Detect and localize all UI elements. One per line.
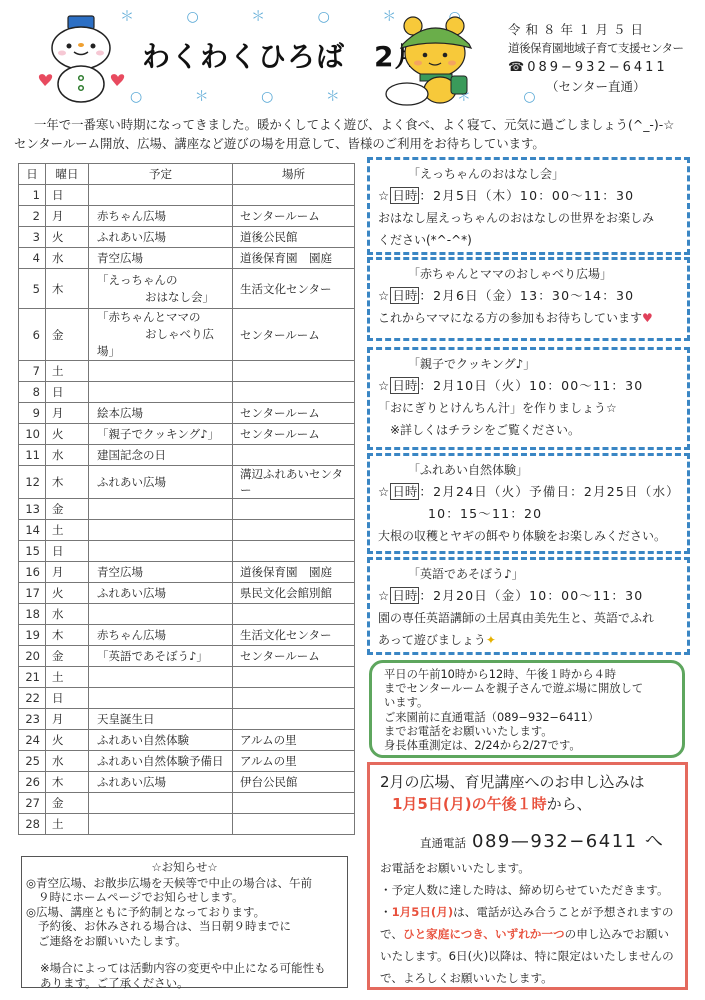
event-datetime: ：2月5日（木）10：00〜11：30 bbox=[419, 188, 634, 203]
weekday-cell: 火 bbox=[46, 583, 89, 604]
table-row: 21土 bbox=[19, 667, 355, 688]
event-description: 大根の収穫とヤギの餌やり体験をお楽しみください。 bbox=[378, 525, 681, 547]
weekday-cell: 日 bbox=[46, 688, 89, 709]
intro-line-2: センタールーム開放、広場、講座など遊びの場を用意して、皆様のご利用をお待ちしてい… bbox=[14, 134, 704, 153]
weekday-cell: 金 bbox=[46, 646, 89, 667]
table-row: 15日 bbox=[19, 541, 355, 562]
event-cell bbox=[89, 604, 233, 625]
schedule-table: 日 曜日 予定 場所 1日 2月赤ちゃん広場センタールーム 3火ふれあい広場道後… bbox=[18, 163, 355, 835]
day-cell: 19 bbox=[19, 625, 46, 646]
room-open-info-box: 平日の午前10時から12時、午後１時から４時 までセンタールームを親子さんで遊ぶ… bbox=[369, 660, 685, 758]
table-row: 17火ふれあい広場県民文化会館別館 bbox=[19, 583, 355, 604]
page-title: わくわくひろば 2月 bbox=[142, 35, 423, 75]
weekday-cell: 土 bbox=[46, 814, 89, 835]
event-title: 「英語であそぼう♪」 bbox=[378, 563, 681, 585]
direct-phone-label: 直通電話 bbox=[420, 836, 466, 850]
weekday-cell: 土 bbox=[46, 361, 89, 382]
event-cell: 絵本広場 bbox=[89, 403, 233, 424]
event-title: 「ふれあい自然体験」 bbox=[378, 459, 681, 481]
phone-note: （センター直通） bbox=[508, 77, 698, 96]
place-cell: 生活文化センター bbox=[233, 625, 355, 646]
event-cell bbox=[89, 541, 233, 562]
table-row: 3火ふれあい広場道後公民館 bbox=[19, 227, 355, 248]
datetime-label: 日時 bbox=[390, 187, 419, 204]
event-datetime: ：2月20日（金）10：00〜11：30 bbox=[419, 588, 643, 603]
place-cell: センタールーム bbox=[233, 309, 355, 361]
event-cell: 赤ちゃん広場 bbox=[89, 206, 233, 227]
day-cell: 1 bbox=[19, 185, 46, 206]
place-cell: 生活文化センター bbox=[233, 269, 355, 309]
day-cell: 16 bbox=[19, 562, 46, 583]
event-datetime: ：2月6日（金）13：30〜14：30 bbox=[419, 288, 634, 303]
day-cell: 28 bbox=[19, 814, 46, 835]
weekday-cell: 土 bbox=[46, 520, 89, 541]
weekday-cell: 金 bbox=[46, 499, 89, 520]
table-row: 25水ふれあい自然体験予備日アルムの里 bbox=[19, 751, 355, 772]
weekday-cell: 木 bbox=[46, 466, 89, 499]
place-cell: 伊台公民館 bbox=[233, 772, 355, 793]
day-cell: 14 bbox=[19, 520, 46, 541]
place-cell: 道後保育園 園庭 bbox=[233, 248, 355, 269]
open-info-line: までセンタールームを親子さんで遊ぶ場に開放して bbox=[384, 682, 670, 696]
event-datetime: ：2月24日（火）予備日：2月25日（水） bbox=[419, 484, 679, 499]
event-title: 「えっちゃんのおはなし会」 bbox=[378, 163, 681, 185]
event-description: 園の専任英語講師の土居真由美先生と、英語でふれ bbox=[378, 607, 681, 629]
place-cell: 県民文化会館別館 bbox=[233, 583, 355, 604]
sparkle-icon: ✦ bbox=[486, 633, 496, 647]
day-cell: 24 bbox=[19, 730, 46, 751]
open-info-line: 平日の午前10時から12時、午後１時から４時 bbox=[384, 668, 670, 682]
event-box-oshaberi: 「赤ちゃんとママのおしゃべり広場」 ☆日時：2月6日（金）13：30〜14：30… bbox=[367, 257, 690, 341]
weekday-cell: 金 bbox=[46, 793, 89, 814]
event-title: 「親子でクッキング♪」 bbox=[378, 353, 681, 375]
application-line: で、よろしくお願いいたします。 bbox=[380, 967, 675, 989]
weekday-cell: 月 bbox=[46, 206, 89, 227]
table-row: 11水建国記念の日 bbox=[19, 445, 355, 466]
weekday-cell: 土 bbox=[46, 667, 89, 688]
day-cell: 13 bbox=[19, 499, 46, 520]
place-cell: アルムの里 bbox=[233, 751, 355, 772]
event-time-2: 10：15〜11：20 bbox=[378, 503, 681, 525]
event-cell bbox=[89, 499, 233, 520]
place-cell bbox=[233, 793, 355, 814]
organization-name: 道後保育園地域子育て支援センター bbox=[508, 39, 698, 58]
event-datetime: ：2月10日（火）10：00〜11：30 bbox=[419, 378, 643, 393]
day-cell: 21 bbox=[19, 667, 46, 688]
table-row: 27金 bbox=[19, 793, 355, 814]
event-cell bbox=[89, 361, 233, 382]
place-cell bbox=[233, 688, 355, 709]
event-box-cooking: 「親子でクッキング♪」 ☆日時：2月10日（火）10：00〜11：30 「おにぎ… bbox=[367, 347, 690, 450]
event-cell: ふれあい自然体験予備日 bbox=[89, 751, 233, 772]
weekday-cell: 火 bbox=[46, 730, 89, 751]
star-icon: ☆ bbox=[378, 588, 390, 603]
day-cell: 3 bbox=[19, 227, 46, 248]
notice-title: ☆お知らせ☆ bbox=[26, 860, 343, 875]
table-row: 24火ふれあい自然体験アルムの里 bbox=[19, 730, 355, 751]
weekday-cell: 日 bbox=[46, 541, 89, 562]
table-header-row: 日 曜日 予定 場所 bbox=[19, 164, 355, 185]
star-icon: ☆ bbox=[378, 288, 390, 303]
place-cell: センタールーム bbox=[233, 206, 355, 227]
phone-number: ☎089−932−6411 bbox=[508, 58, 698, 77]
table-row: 18水 bbox=[19, 604, 355, 625]
place-cell bbox=[233, 814, 355, 835]
weekday-cell: 月 bbox=[46, 403, 89, 424]
place-cell bbox=[233, 499, 355, 520]
event-description: おはなし屋えっちゃんのおはなしの世界をお楽しみ bbox=[378, 207, 681, 229]
event-cell: ふれあい広場 bbox=[89, 583, 233, 604]
open-info-line: 身長体重測定は、2/24から2/27です。 bbox=[384, 739, 670, 753]
day-cell: 22 bbox=[19, 688, 46, 709]
place-cell bbox=[233, 604, 355, 625]
weekday-cell: 水 bbox=[46, 248, 89, 269]
event-cell: 「赤ちゃんとママのおしゃべり広場」 bbox=[89, 309, 233, 361]
event-cell: ふれあい広場 bbox=[89, 772, 233, 793]
event-cell: 天皇誕生日 bbox=[89, 709, 233, 730]
table-row: 28土 bbox=[19, 814, 355, 835]
day-cell: 17 bbox=[19, 583, 46, 604]
table-row: 8日 bbox=[19, 382, 355, 403]
snowman-icon bbox=[34, 10, 129, 105]
datetime-label: 日時 bbox=[390, 483, 419, 500]
application-line: ・予定人数に達した時は、締め切らせていただきます。 bbox=[380, 879, 675, 901]
one-per-family-note: ひと家庭につき、いずれか一つ bbox=[403, 927, 565, 941]
day-cell: 12 bbox=[19, 466, 46, 499]
day-cell: 8 bbox=[19, 382, 46, 403]
event-cell bbox=[89, 520, 233, 541]
application-heading: 2月の広場、育児講座へのお申し込みは bbox=[380, 771, 675, 793]
direct-phone-number: 089—932−6411 へ bbox=[472, 831, 664, 852]
notice-note: ※場合によっては活動内容の変更や中止になる可能性も bbox=[26, 961, 343, 976]
weekday-cell: 木 bbox=[46, 772, 89, 793]
day-cell: 27 bbox=[19, 793, 46, 814]
event-box-ohanashi: 「えっちゃんのおはなし会」 ☆日時：2月5日（木）10：00〜11：30 おはな… bbox=[367, 157, 690, 255]
table-row: 16月青空広場道後保育園 園庭 bbox=[19, 562, 355, 583]
day-cell: 6 bbox=[19, 309, 46, 361]
event-cell bbox=[89, 793, 233, 814]
event-cell: 「英語であそぼう♪」 bbox=[89, 646, 233, 667]
weekday-cell: 火 bbox=[46, 227, 89, 248]
notice-box: ☆お知らせ☆ ◎青空広場、お散歩広場を天候等で中止の場合は、午前 ９時にホームペ… bbox=[21, 856, 348, 988]
table-row: 13金 bbox=[19, 499, 355, 520]
table-row: 10火「親子でクッキング♪」センタールーム bbox=[19, 424, 355, 445]
event-title: 「赤ちゃんとママのおしゃべり広場」 bbox=[378, 263, 681, 285]
weekday-cell: 月 bbox=[46, 709, 89, 730]
event-cell: 「親子でクッキング♪」 bbox=[89, 424, 233, 445]
weekday-cell: 水 bbox=[46, 445, 89, 466]
place-cell bbox=[233, 709, 355, 730]
weekday-cell: 水 bbox=[46, 751, 89, 772]
intro-text: 一年で一番寒い時期になってきました。暖かくしてよく遊び、よく食べ、よく寝て、元気… bbox=[14, 115, 704, 153]
notice-item-1: ◎青空広場、お散歩広場を天候等で中止の場合は、午前 bbox=[26, 876, 343, 891]
open-info-line: までお電話をお願いいたします。 bbox=[384, 725, 670, 739]
event-description-cont: ください(*^-^*) bbox=[378, 229, 681, 251]
place-cell: アルムの里 bbox=[233, 730, 355, 751]
event-line-2: おはなし会」 bbox=[97, 290, 214, 304]
event-cell: ふれあい広場 bbox=[89, 466, 233, 499]
place-cell bbox=[233, 361, 355, 382]
notice-item-1-cont: ９時にホームページでお知らせします。 bbox=[26, 890, 343, 905]
notice-note-cont: あります。ご了承ください。 bbox=[26, 976, 343, 991]
table-row: 19木赤ちゃん広場生活文化センター bbox=[19, 625, 355, 646]
event-cell: 青空広場 bbox=[89, 248, 233, 269]
place-cell: センタールーム bbox=[233, 424, 355, 445]
table-row: 4水青空広場道後保育園 園庭 bbox=[19, 248, 355, 269]
table-row: 12木ふれあい広場溝辺ふれあいセンター bbox=[19, 466, 355, 499]
event-description: これからママになる方の参加もお待ちしています bbox=[378, 311, 642, 325]
table-row: 26木ふれあい広場伊台公民館 bbox=[19, 772, 355, 793]
day-cell: 4 bbox=[19, 248, 46, 269]
event-line-1: 「赤ちゃんとママの bbox=[97, 310, 201, 324]
day-cell: 11 bbox=[19, 445, 46, 466]
place-cell bbox=[233, 445, 355, 466]
day-cell: 26 bbox=[19, 772, 46, 793]
day-cell: 9 bbox=[19, 403, 46, 424]
header-place: 場所 bbox=[233, 164, 355, 185]
place-cell bbox=[233, 382, 355, 403]
event-cell: 建国記念の日 bbox=[89, 445, 233, 466]
place-cell bbox=[233, 667, 355, 688]
day-cell: 20 bbox=[19, 646, 46, 667]
day-cell: 5 bbox=[19, 269, 46, 309]
application-line: は、電話が込み合うことが予想されますの bbox=[453, 905, 673, 919]
datetime-label: 日時 bbox=[390, 587, 419, 604]
place-cell: センタールーム bbox=[233, 646, 355, 667]
place-cell: 道後保育園 園庭 bbox=[233, 562, 355, 583]
table-row: 5木「えっちゃんのおはなし会」生活文化センター bbox=[19, 269, 355, 309]
table-row: 23月天皇誕生日 bbox=[19, 709, 355, 730]
star-icon: ☆ bbox=[378, 188, 390, 203]
day-cell: 18 bbox=[19, 604, 46, 625]
day-cell: 23 bbox=[19, 709, 46, 730]
application-line: お電話をお願いいたします。 bbox=[380, 857, 675, 879]
weekday-cell: 木 bbox=[46, 625, 89, 646]
table-row: 14土 bbox=[19, 520, 355, 541]
weekday-cell: 金 bbox=[46, 309, 89, 361]
event-cell: ふれあい広場 bbox=[89, 227, 233, 248]
day-cell: 2 bbox=[19, 206, 46, 227]
intro-line-1: 一年で一番寒い時期になってきました。暖かくしてよく遊び、よく食べ、よく寝て、元気… bbox=[14, 115, 704, 134]
place-cell: 道後公民館 bbox=[233, 227, 355, 248]
event-cell bbox=[89, 382, 233, 403]
event-line-2: おしゃべり広場」 bbox=[97, 327, 214, 358]
event-line-1: 「えっちゃんの bbox=[97, 273, 178, 287]
table-row: 6金「赤ちゃんとママのおしゃべり広場」センタールーム bbox=[19, 309, 355, 361]
notice-item-2-cont2: ご連絡をお願いいたします。 bbox=[26, 934, 343, 949]
table-row: 22日 bbox=[19, 688, 355, 709]
event-cell: 「えっちゃんのおはなし会」 bbox=[89, 269, 233, 309]
place-cell: 溝辺ふれあいセンター bbox=[233, 466, 355, 499]
event-cell: ふれあい自然体験 bbox=[89, 730, 233, 751]
table-row: 20金「英語であそぼう♪」センタールーム bbox=[19, 646, 355, 667]
star-icon: ☆ bbox=[378, 484, 390, 499]
day-cell: 10 bbox=[19, 424, 46, 445]
weekday-cell: 火 bbox=[46, 424, 89, 445]
place-cell bbox=[233, 185, 355, 206]
table-row: 9月絵本広場センタールーム bbox=[19, 403, 355, 424]
bear-mascot-icon bbox=[385, 8, 485, 108]
snowflake-decoration-bottom: ○ ＊ ○ ＊ ○ ＊ ○ bbox=[130, 86, 560, 106]
event-box-english: 「英語であそぼう♪」 ☆日時：2月20日（金）10：00〜11：30 園の専任英… bbox=[367, 557, 690, 655]
header-info: 令和８年１月５日 道後保育園地域子育て支援センター ☎089−932−6411 … bbox=[508, 20, 698, 96]
application-info-box: 2月の広場、育児講座へのお申し込みは 1月5日(月)の午後１時から、 直通電話0… bbox=[367, 762, 688, 990]
place-cell: センタールーム bbox=[233, 403, 355, 424]
event-cell: 赤ちゃん広場 bbox=[89, 625, 233, 646]
day-cell: 25 bbox=[19, 751, 46, 772]
datetime-label: 日時 bbox=[390, 287, 419, 304]
application-line: の申し込みでお願い bbox=[565, 927, 669, 941]
notice-item-2: ◎広場、講座ともに予約制となっております。 bbox=[26, 905, 343, 920]
header-weekday: 曜日 bbox=[46, 164, 89, 185]
place-cell bbox=[233, 541, 355, 562]
application-heading-cont: から、 bbox=[547, 795, 592, 813]
open-info-line: ご来園前に直通電話（089−932−6411） bbox=[384, 711, 670, 725]
event-box-nature: 「ふれあい自然体験」 ☆日時：2月24日（火）予備日：2月25日（水） 10：1… bbox=[367, 453, 690, 554]
weekday-cell: 日 bbox=[46, 185, 89, 206]
event-cell bbox=[89, 667, 233, 688]
issue-date: 令和８年１月５日 bbox=[508, 20, 698, 39]
datetime-label: 日時 bbox=[390, 377, 419, 394]
event-description: 「おにぎりとけんちん汁」を作りましょう☆ bbox=[378, 397, 681, 419]
header-event: 予定 bbox=[89, 164, 233, 185]
day-cell: 7 bbox=[19, 361, 46, 382]
star-icon: ☆ bbox=[378, 378, 390, 393]
event-description-cont: ※詳しくはチラシをご覧ください。 bbox=[378, 419, 681, 441]
place-cell bbox=[233, 520, 355, 541]
event-description-cont: あって遊びましょう bbox=[378, 633, 486, 647]
weekday-cell: 月 bbox=[46, 562, 89, 583]
application-start-time: 1月5日(月)の午後１時 bbox=[392, 795, 547, 813]
weekday-cell: 日 bbox=[46, 382, 89, 403]
weekday-cell: 水 bbox=[46, 604, 89, 625]
event-cell: 青空広場 bbox=[89, 562, 233, 583]
application-line: で、 bbox=[380, 927, 403, 941]
busy-date: 1月5日(月) bbox=[392, 905, 454, 919]
event-cell bbox=[89, 688, 233, 709]
heart-icon: ♥ bbox=[642, 311, 653, 325]
event-cell bbox=[89, 814, 233, 835]
application-line: いたします。6日(火)以降は、特に限定はいたしませんの bbox=[380, 945, 675, 967]
header-day: 日 bbox=[19, 164, 46, 185]
table-row: 7土 bbox=[19, 361, 355, 382]
notice-item-2-cont: 予約後、お休みされる場合は、当日朝９時までに bbox=[26, 919, 343, 934]
day-cell: 15 bbox=[19, 541, 46, 562]
event-cell bbox=[89, 185, 233, 206]
table-row: 1日 bbox=[19, 185, 355, 206]
bullet: ・ bbox=[380, 905, 392, 919]
table-row: 2月赤ちゃん広場センタールーム bbox=[19, 206, 355, 227]
open-info-line: います。 bbox=[384, 696, 670, 710]
weekday-cell: 木 bbox=[46, 269, 89, 309]
